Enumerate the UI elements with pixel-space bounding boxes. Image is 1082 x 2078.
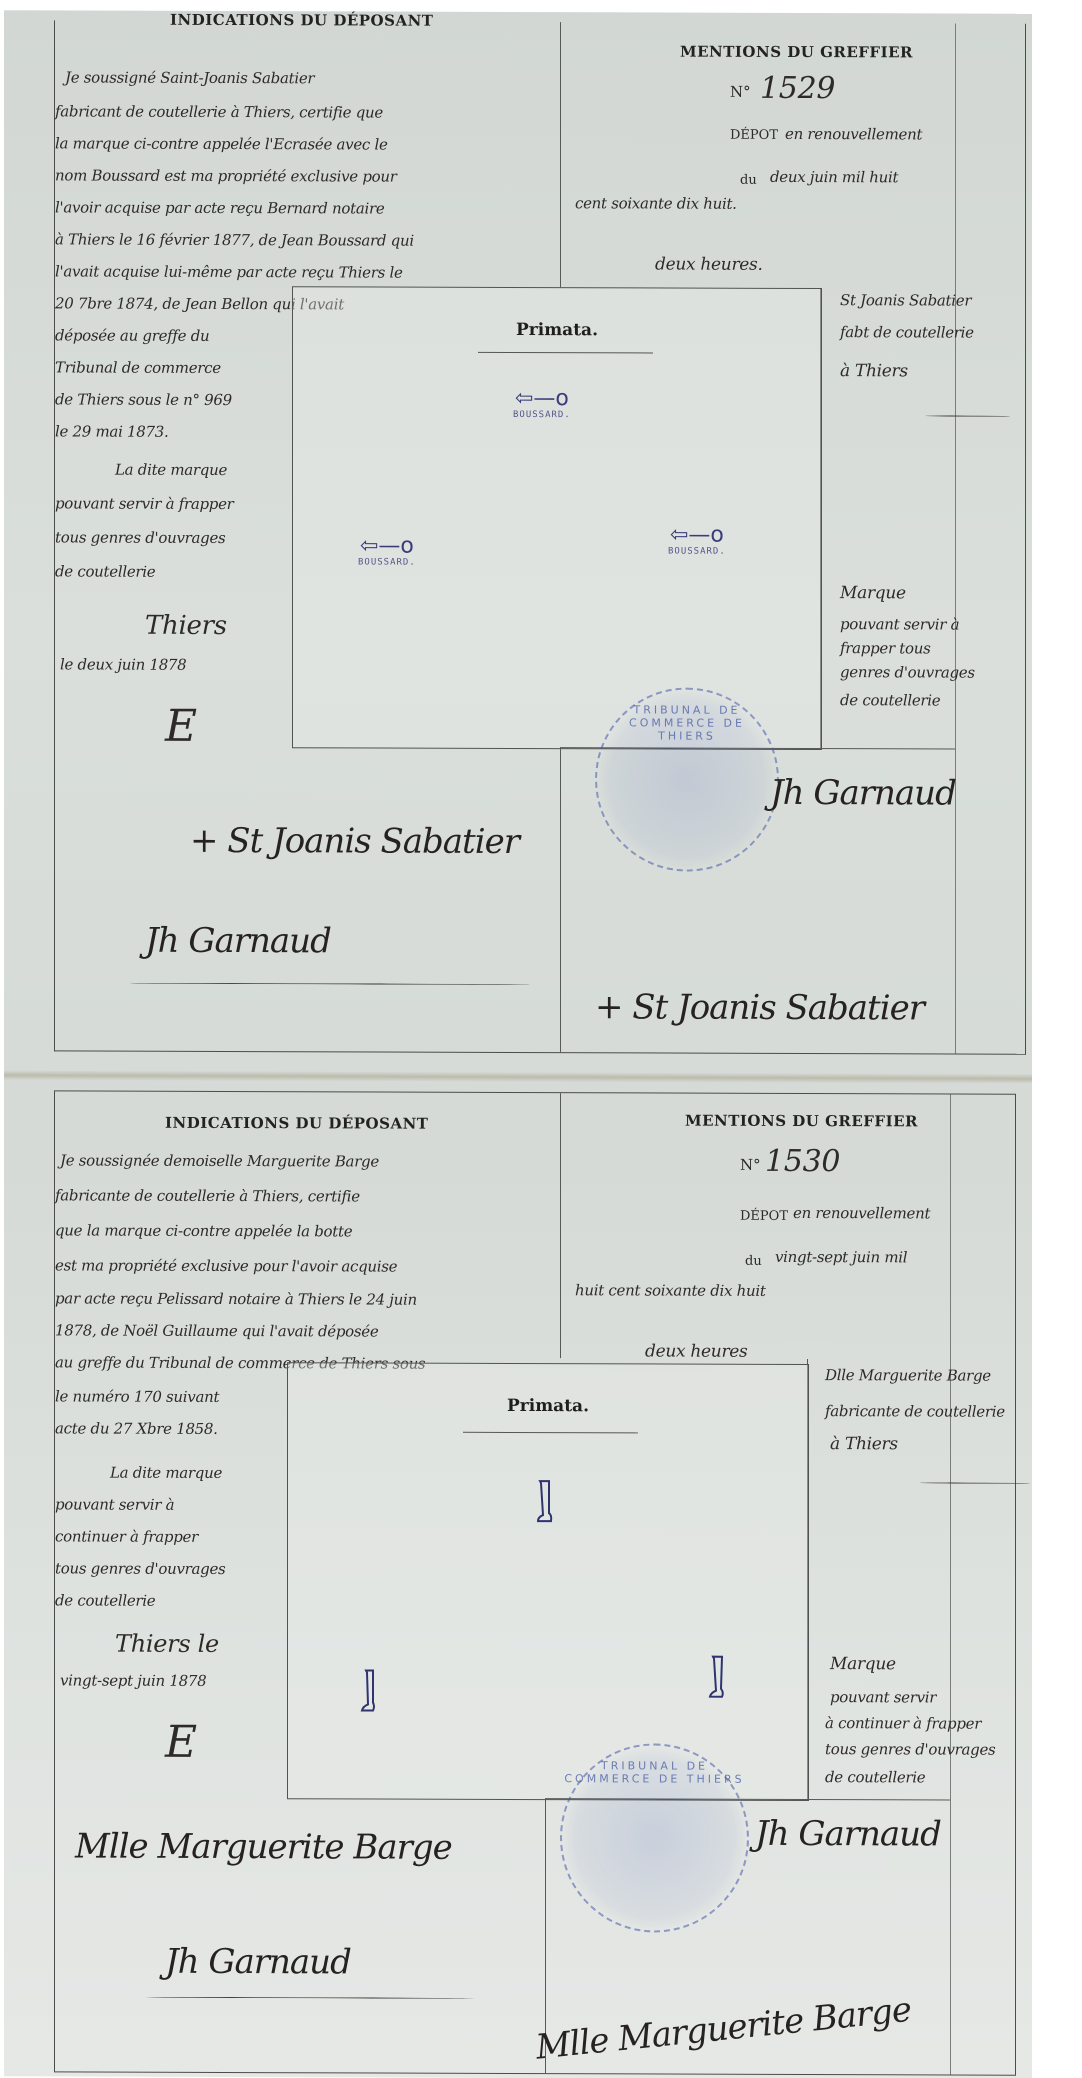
greffier-line: frapper tous: [840, 639, 931, 657]
depot-type: en renouvellement: [785, 125, 922, 143]
boot-mark-icon: [708, 1655, 726, 1703]
signature-flourish: [130, 983, 530, 985]
depositor-line: de coutellerie: [55, 1591, 155, 1609]
depositor-line: le numéro 170 suivant: [55, 1387, 219, 1406]
greffier-line: fabt de coutellerie: [840, 323, 974, 341]
depositor-line: fabricant de coutellerie à Thiers, certi…: [55, 102, 383, 121]
depositor-line: La dite marque: [115, 461, 227, 479]
initial-mark: E: [165, 1717, 197, 1768]
background-margin: [1032, 0, 1082, 2078]
column-divider: [560, 22, 561, 287]
greffier-line: à Thiers: [830, 1434, 898, 1454]
depositor-line: pouvant servir à frapper: [55, 494, 234, 513]
depositor-line: le 29 mai 1873.: [55, 422, 168, 440]
depositor-line: nom Boussard est ma propriété exclusive …: [55, 166, 397, 185]
specimen-title: Primata.: [293, 319, 821, 341]
depositor-signature: + St Joanis Sabatier: [595, 987, 924, 1028]
place-signature: Thiers le: [115, 1630, 219, 1658]
deposit-hour: deux heures: [645, 1341, 747, 1361]
depositor-heading: INDICATIONS DU DÉPOSANT: [170, 11, 433, 30]
depositor-date: vingt-sept juin 1878: [60, 1671, 206, 1690]
margin-rule: [950, 1095, 951, 2075]
greffier-line: Marque: [830, 1654, 896, 1674]
deposit-number: 1529: [760, 71, 835, 106]
depositor-line: pouvant servir à: [55, 1495, 174, 1513]
place-signature: Thiers: [145, 611, 227, 641]
depositor-line: fabricante de coutellerie à Thiers, cert…: [55, 1186, 360, 1205]
depositor-line: La dite marque: [110, 1464, 222, 1482]
boot-mark-icon: [360, 1668, 378, 1716]
greffier-line: Dlle Marguerite Barge: [825, 1366, 991, 1385]
deposit-form-1530: INDICATIONS DU DÉPOSANT MENTIONS DU GREF…: [54, 1090, 1016, 2075]
flourish: [925, 415, 1010, 416]
depositor-line: Je soussigné Saint-Joanis Sabatier: [65, 68, 314, 87]
number-label: N°: [740, 1156, 761, 1174]
depot-label: DÉPOT: [730, 128, 778, 143]
depositor-line: est ma propriété exclusive pour l'avoir …: [55, 1256, 397, 1275]
specimen-title: Primata.: [288, 1395, 808, 1417]
depositor-signature: + St Joanis Sabatier: [190, 821, 519, 862]
greffier-signature: Jh Garnaud: [755, 1814, 941, 1855]
depositor-line: 1878, de Noël Guillaume qui l'avait dépo…: [55, 1321, 378, 1340]
column-divider: [560, 747, 561, 1052]
deposit-date-2: cent soixante dix huit.: [575, 194, 737, 213]
deposit-date-1: vingt-sept juin mil: [775, 1248, 907, 1266]
depot-label: DÉPOT: [740, 1209, 788, 1224]
depositor-line: de coutellerie: [55, 562, 155, 580]
depot-type: en renouvellement: [793, 1204, 930, 1222]
specimen-box: Primata.: [287, 1362, 809, 1801]
margin-rule: [955, 24, 956, 1054]
register-page: INDICATIONS DU DÉPOSANT MENTIONS DU GREF…: [4, 10, 1032, 2078]
du-label: du: [740, 173, 757, 188]
depositor-line: Tribunal de commerce: [55, 358, 221, 377]
depositor-line: par acte reçu Pelissard notaire à Thiers…: [55, 1289, 417, 1308]
depositor-line: tous genres d'ouvrages: [55, 1559, 225, 1578]
tribunal-stamp: TRIBUNAL DE COMMERCE DE THIERS: [560, 1743, 749, 1933]
specimen-rule: [478, 352, 653, 354]
deposit-date-2: huit cent soixante dix huit: [575, 1281, 766, 1300]
deposit-number: 1530: [765, 1144, 840, 1179]
greffier-heading: MENTIONS DU GREFFIER: [685, 1112, 918, 1131]
greffier-line: de coutellerie: [825, 1768, 925, 1786]
deposit-form-1529: INDICATIONS DU DÉPOSANT MENTIONS DU GREF…: [54, 20, 1026, 1054]
key-arrow-mark-icon: ⇦—o BOUSSARD.: [668, 525, 726, 557]
depositor-line: tous genres d'ouvrages: [55, 528, 225, 547]
initial-mark: E: [165, 701, 197, 752]
depositor-line: la marque ci-contre appelée l'Ecrasée av…: [55, 134, 388, 153]
depositor-line: que la marque ci-contre appelée la botte: [55, 1221, 352, 1240]
greffier-line: pouvant servir: [830, 1688, 936, 1706]
deposit-date-1: deux juin mil huit: [770, 168, 898, 186]
depositor-line: déposée au greffe du: [55, 326, 209, 345]
greffier-line: à Thiers: [840, 361, 908, 381]
greffier-line: de coutellerie: [840, 691, 940, 709]
column-divider: [560, 1093, 561, 1358]
flourish: [920, 1482, 1030, 1483]
greffier-signature: Jh Garnaud: [165, 1942, 351, 1983]
key-arrow-mark-icon: ⇦—o BOUSSARD.: [513, 388, 571, 420]
depositor-heading: INDICATIONS DU DÉPOSANT: [165, 1114, 428, 1133]
boot-mark-icon: [536, 1479, 554, 1527]
depositor-line: l'avait acquise lui-même par acte reçu T…: [55, 262, 403, 281]
depositor-line: de Thiers sous le n° 969: [55, 390, 232, 409]
depositor-line: acte du 27 Xbre 1858.: [55, 1419, 218, 1438]
depositor-signature: Mlle Marguerite Barge: [75, 1826, 452, 1867]
greffier-line: fabricante de coutellerie: [825, 1402, 1005, 1421]
greffier-line: à continuer à frapper: [825, 1714, 981, 1733]
tribunal-stamp: TRIBUNAL DE COMMERCE DE THIERS: [595, 687, 779, 872]
greffier-line: St Joanis Sabatier: [840, 291, 971, 309]
du-label: du: [745, 1254, 762, 1269]
greffier-line: Marque: [840, 583, 906, 603]
depositor-signature: Mlle Marguerite Barge: [534, 1990, 913, 2068]
depositor-date: le deux juin 1878: [60, 655, 186, 673]
depositor-line: Je soussignée demoiselle Marguerite Barg…: [60, 1151, 379, 1170]
greffier-signature: Jh Garnaud: [770, 773, 956, 814]
signature-flourish: [145, 1997, 475, 1999]
depositor-line: continuer à frapper: [55, 1527, 198, 1545]
depositor-line: à Thiers le 16 février 1877, de Jean Bou…: [55, 230, 414, 249]
deposit-hour: deux heures.: [655, 254, 763, 274]
number-label: N°: [730, 83, 751, 101]
depositor-line: l'avoir acquise par acte reçu Bernard no…: [55, 198, 384, 217]
key-arrow-mark-icon: ⇦—o BOUSSARD.: [358, 535, 416, 567]
specimen-rule: [463, 1432, 638, 1434]
greffier-line: tous genres d'ouvrages: [825, 1740, 995, 1759]
specimen-box: Primata. ⇦—o BOUSSARD. ⇦—o BOUSSARD. ⇦—o…: [292, 286, 822, 750]
page-fold: [4, 1070, 1034, 1084]
greffier-line: genres d'ouvrages: [840, 663, 975, 681]
greffier-line: pouvant servir à: [840, 615, 959, 633]
greffier-heading: MENTIONS DU GREFFIER: [680, 43, 913, 62]
greffier-signature: Jh Garnaud: [145, 921, 331, 962]
